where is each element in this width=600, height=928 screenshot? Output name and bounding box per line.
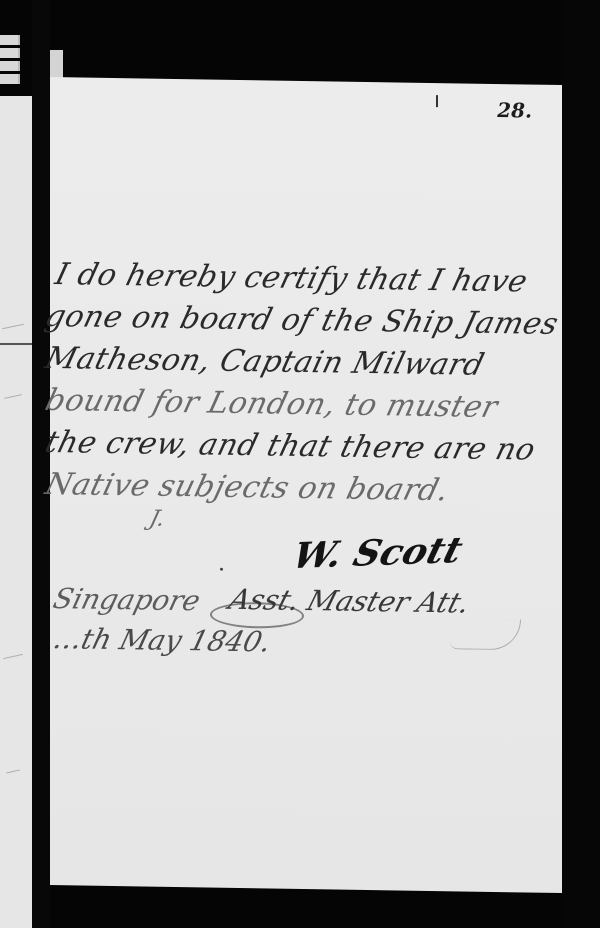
body-line-4: bound for London, to muster bbox=[42, 383, 502, 425]
body-line-6: Native subjects on board. bbox=[42, 467, 453, 508]
ink-mark bbox=[4, 394, 22, 399]
page-edge bbox=[0, 74, 20, 84]
page-edge bbox=[0, 48, 20, 58]
document-page: 28. I do hereby certify that I have gone… bbox=[50, 77, 562, 893]
page-edge bbox=[0, 61, 20, 71]
ink-tick bbox=[436, 95, 438, 107]
date: …th May 1840. bbox=[50, 622, 275, 658]
ruled-line bbox=[0, 343, 34, 345]
ink-dot bbox=[220, 568, 223, 571]
ink-mark bbox=[2, 324, 24, 330]
right-background bbox=[562, 0, 600, 928]
signature: W. Scott bbox=[288, 529, 467, 577]
pen-curl bbox=[450, 618, 521, 650]
body-line-7: J. bbox=[147, 507, 168, 532]
ink-mark bbox=[6, 770, 20, 774]
previous-page-fragment bbox=[0, 96, 34, 928]
place-name: Singapore bbox=[50, 582, 204, 617]
page-edge bbox=[0, 35, 20, 45]
ink-mark bbox=[3, 654, 23, 659]
certificate-body: I do hereby certify that I have gone on … bbox=[50, 257, 562, 265]
signer-title: Asst. Master Att. bbox=[225, 583, 473, 620]
body-line-3: Matheson, Captain Milward bbox=[42, 341, 488, 383]
body-line-5: the crew, and that there are no bbox=[42, 425, 539, 468]
body-line-2: gone on board of the Ship James bbox=[42, 299, 562, 342]
page-number: 28. bbox=[497, 98, 532, 123]
page-edges-stack bbox=[0, 35, 20, 87]
binding-gutter bbox=[32, 0, 50, 928]
body-line-1: I do hereby certify that I have bbox=[52, 257, 532, 299]
